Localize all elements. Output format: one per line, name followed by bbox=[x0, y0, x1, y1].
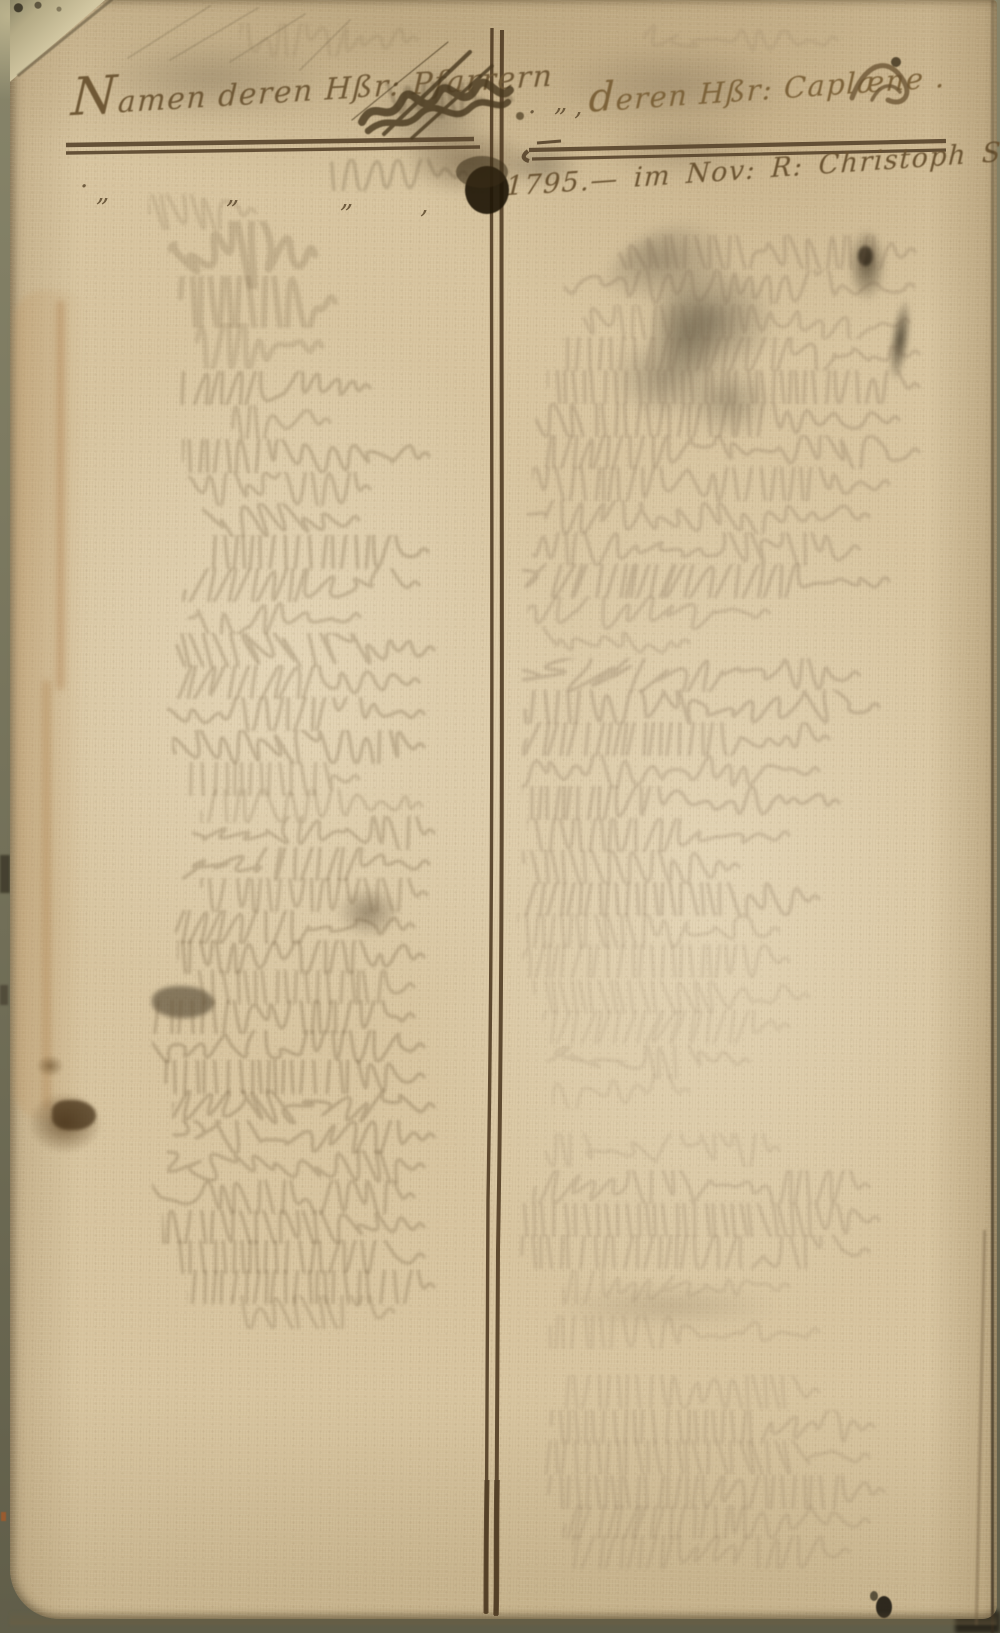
left-ditto-mark: · bbox=[80, 172, 88, 202]
cover-speck bbox=[0, 855, 10, 893]
corner-specks bbox=[10, 0, 80, 26]
manuscript-scan: Namen deren Hßr: Pfarrern deren Hßr: Cap… bbox=[0, 0, 1000, 1633]
right-ditto-mark: · bbox=[528, 98, 536, 128]
left-ditto-mark: „ bbox=[226, 180, 239, 210]
right-ditto-mark: ‚ bbox=[574, 92, 582, 122]
bottom-edge-shadow bbox=[10, 1611, 997, 1625]
page-edge-crease bbox=[991, 0, 994, 1633]
left-ditto-mark: „ bbox=[340, 184, 353, 214]
right-ditto-mark: „ bbox=[554, 88, 567, 118]
cover-rust-speck bbox=[1, 1512, 6, 1521]
left-ditto-mark: „ bbox=[96, 178, 109, 208]
left-ditto-mark: ‚ bbox=[420, 190, 428, 220]
cover-speck bbox=[0, 985, 8, 1005]
manuscript-page bbox=[10, 0, 997, 1619]
